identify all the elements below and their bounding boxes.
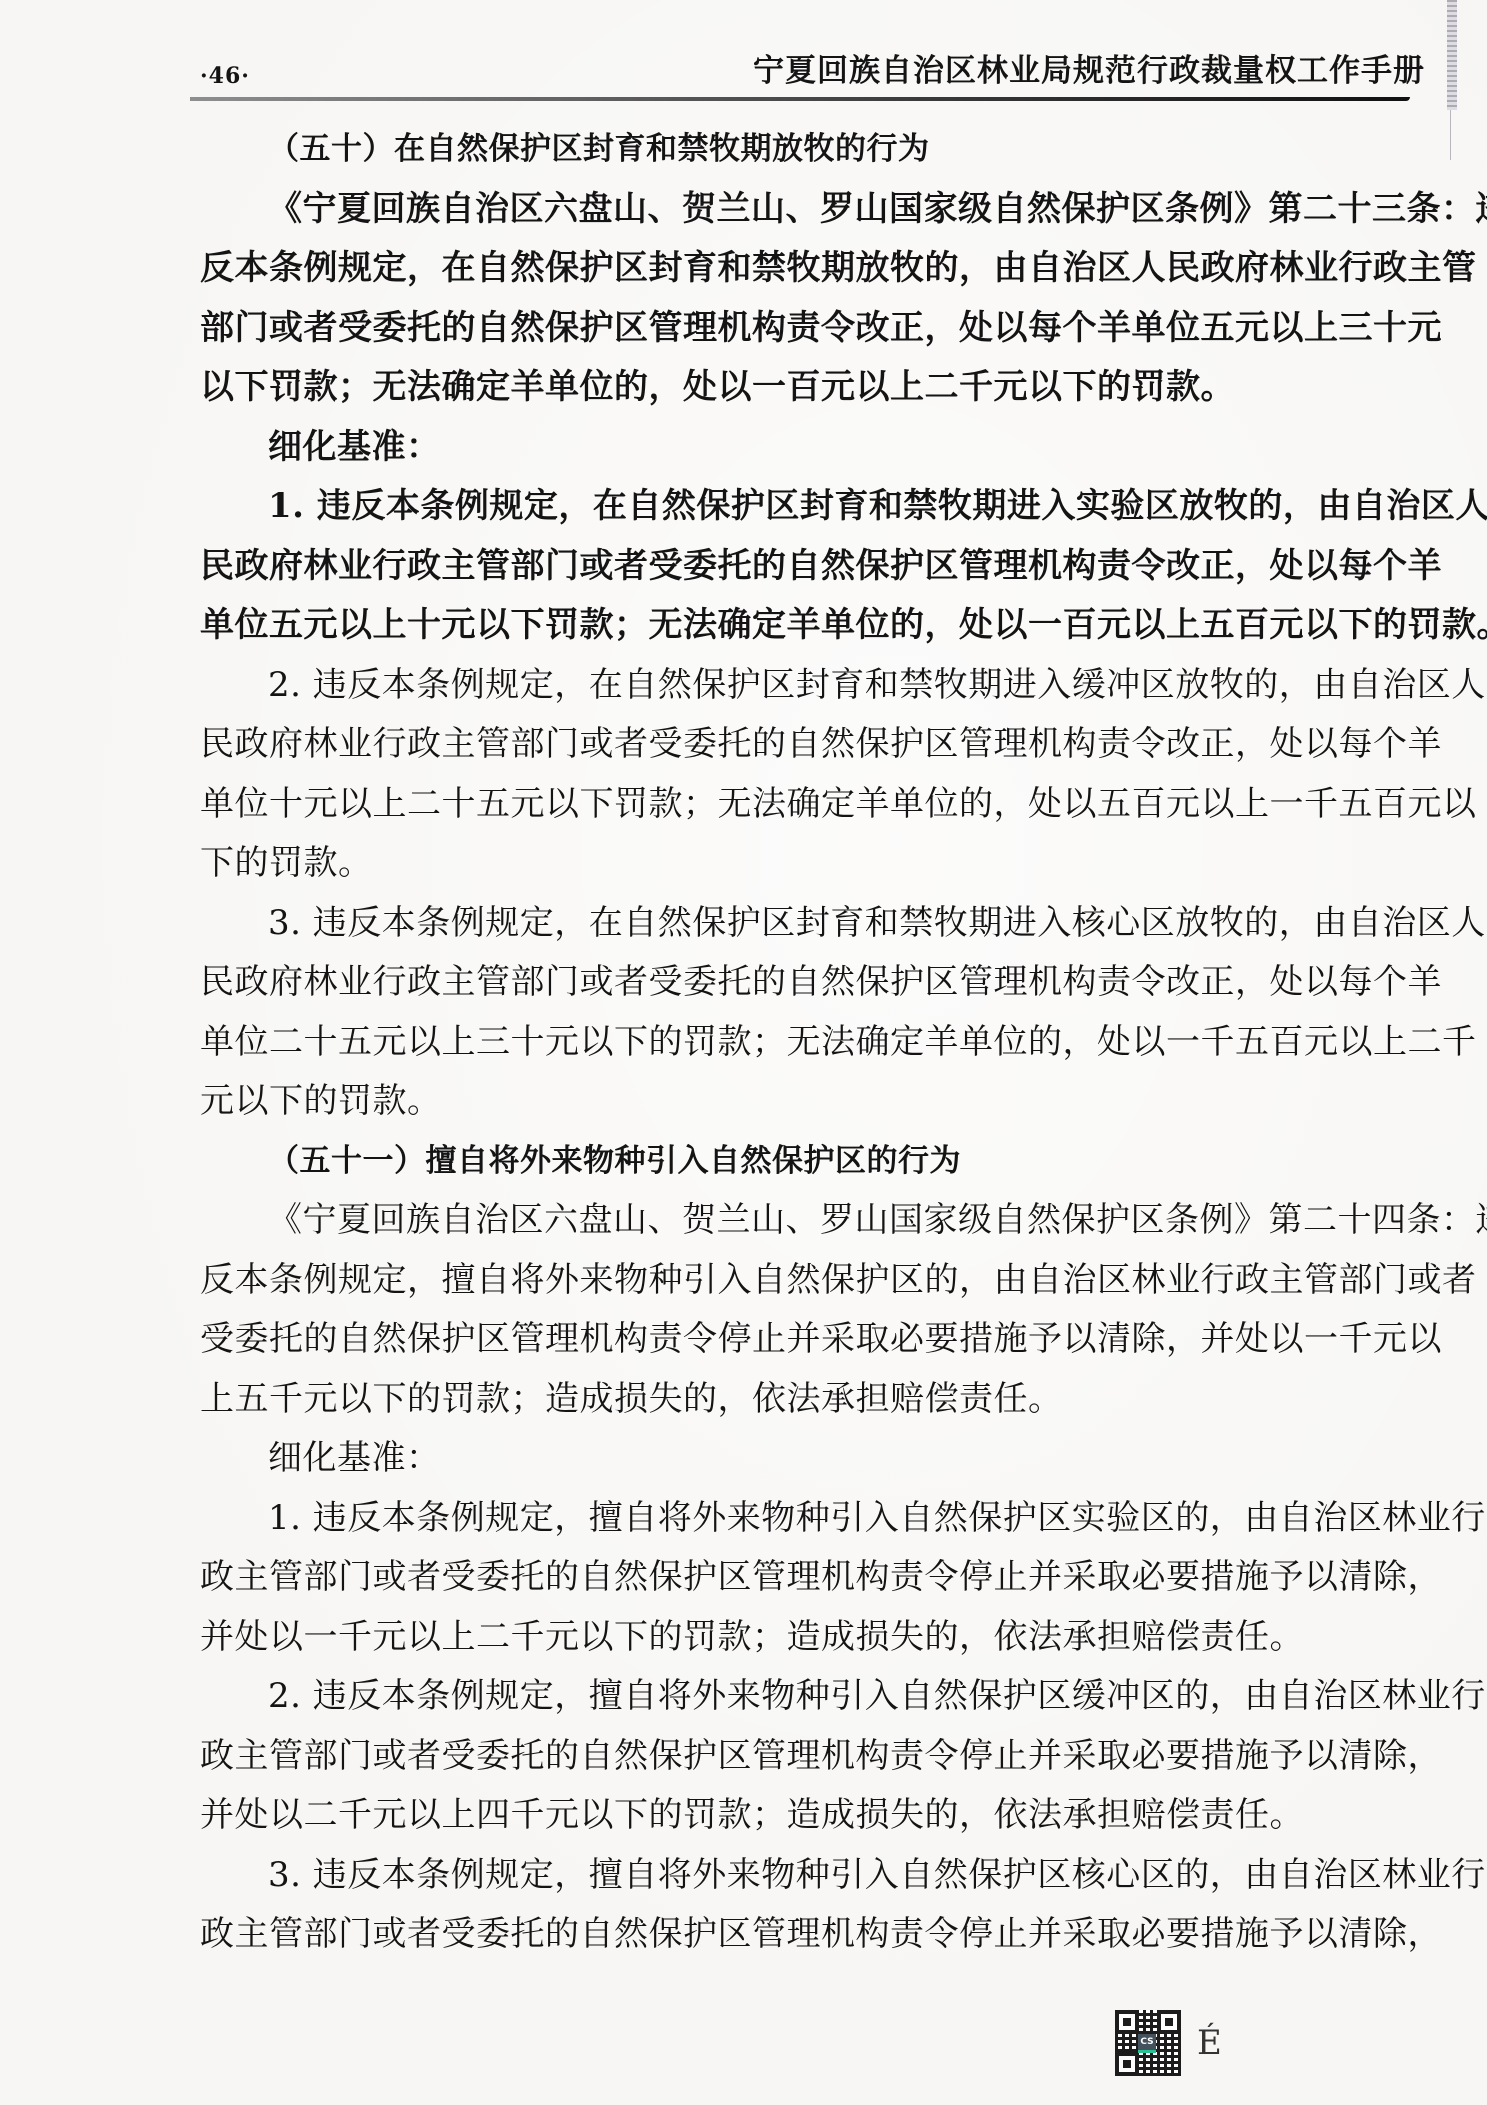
criteria-line: 2. 违反本条例规定，在自然保护区封育和禁牧期进入缓冲区放牧的，由自治区人 bbox=[200, 656, 1425, 716]
criteria-line: 元以下的罚款。 bbox=[200, 1072, 1425, 1132]
page-number: ·46· bbox=[200, 63, 250, 89]
criteria-item-2: 2. 违反本条例规定，擅自将外来物种引入自然保护区缓冲区的，由自治区林业行 政主… bbox=[200, 1667, 1425, 1846]
scanner-app-badge-icon: CS bbox=[1138, 2034, 1156, 2053]
criteria-label: 细化基准： bbox=[200, 418, 1425, 478]
criteria-line: 3. 违反本条例规定，在自然保护区封育和禁牧期进入核心区放牧的，由自治区人 bbox=[200, 894, 1425, 954]
qr-finder-pattern bbox=[1157, 2010, 1181, 2034]
criteria-item-2: 2. 违反本条例规定，在自然保护区封育和禁牧期进入缓冲区放牧的，由自治区人 民政… bbox=[200, 656, 1425, 894]
section-heading: （五十一）擅自将外来物种引入自然保护区的行为 bbox=[200, 1132, 1425, 1192]
criteria-line: 民政府林业行政主管部门或者受委托的自然保护区管理机构责令改正，处以每个羊 bbox=[200, 953, 1425, 1013]
section-heading: （五十）在自然保护区封育和禁牧期放牧的行为 bbox=[200, 120, 1425, 180]
qr-code-watermark: CS bbox=[1115, 2010, 1181, 2076]
criteria-item-1: 1. 违反本条例规定，擅自将外来物种引入自然保护区实验区的，由自治区林业行 政主… bbox=[200, 1489, 1425, 1668]
criteria-line: 单位十元以上二十五元以下罚款；无法确定羊单位的，处以五百元以上一千五百元以 bbox=[200, 775, 1425, 835]
criteria-line: 1. 违反本条例规定，擅自将外来物种引入自然保护区实验区的，由自治区林业行 bbox=[200, 1489, 1425, 1549]
legal-basis-line: 反本条例规定，在自然保护区封育和禁牧期放牧的，由自治区人民政府林业行政主管 bbox=[200, 239, 1425, 299]
criteria-item-3: 3. 违反本条例规定，擅自将外来物种引入自然保护区核心区的，由自治区林业行 政主… bbox=[200, 1846, 1425, 1965]
criteria-item-3: 3. 违反本条例规定，在自然保护区封育和禁牧期进入核心区放牧的，由自治区人 民政… bbox=[200, 894, 1425, 1132]
legal-basis: 《宁夏回族自治区六盘山、贺兰山、罗山国家级自然保护区条例》第二十三条：违 反本条… bbox=[200, 180, 1425, 656]
criteria-line: 政主管部门或者受委托的自然保护区管理机构责令停止并采取必要措施予以清除， bbox=[200, 1727, 1425, 1787]
legal-basis-line: 受委托的自然保护区管理机构责令停止并采取必要措施予以清除，并处以一千元以 bbox=[200, 1310, 1425, 1370]
legal-basis-line: 《宁夏回族自治区六盘山、贺兰山、罗山国家级自然保护区条例》第二十四条：违 bbox=[200, 1191, 1425, 1251]
qr-finder-pattern bbox=[1115, 2052, 1139, 2076]
legal-basis-line: 以下罚款；无法确定羊单位的，处以一百元以上二千元以下的罚款。 bbox=[200, 358, 1425, 418]
legal-basis-line: 部门或者受委托的自然保护区管理机构责令改正，处以每个羊单位五元以上三十元 bbox=[200, 299, 1425, 359]
criteria-line: 民政府林业行政主管部门或者受委托的自然保护区管理机构责令改正，处以每个羊 bbox=[200, 715, 1425, 775]
legal-basis-line: 上五千元以下的罚款；造成损失的，依法承担赔偿责任。 bbox=[200, 1370, 1425, 1430]
criteria-line: 政主管部门或者受委托的自然保护区管理机构责令停止并采取必要措施予以清除， bbox=[200, 1548, 1425, 1608]
header-rule bbox=[190, 97, 1410, 101]
criteria-line: 单位二十五元以上三十元以下的罚款；无法确定羊单位的，处以一千五百元以上二千 bbox=[200, 1013, 1425, 1073]
criteria-line: 下的罚款。 bbox=[200, 834, 1425, 894]
criteria-line: 单位五元以上十元以下罚款；无法确定羊单位的，处以一百元以上五百元以下的罚款。 bbox=[200, 596, 1425, 656]
qr-code-icon: CS bbox=[1115, 2010, 1181, 2076]
page-content: （五十）在自然保护区封育和禁牧期放牧的行为 《宁夏回族自治区六盘山、贺兰山、罗山… bbox=[200, 120, 1425, 1965]
scan-edge-line bbox=[1450, 110, 1451, 160]
criteria-line: 1. 违反本条例规定，在自然保护区封育和禁牧期进入实验区放牧的，由自治区人 bbox=[200, 477, 1425, 537]
qr-finder-pattern bbox=[1115, 2010, 1139, 2034]
criteria-line: 并处以一千元以上二千元以下的罚款；造成损失的，依法承担赔偿责任。 bbox=[200, 1608, 1425, 1668]
legal-basis-line: 《宁夏回族自治区六盘山、贺兰山、罗山国家级自然保护区条例》第二十三条：违 bbox=[200, 180, 1425, 240]
page-header: ·46· 宁夏回族自治区林业局规范行政裁量权工作手册 bbox=[200, 45, 1425, 95]
scan-edge-artifact bbox=[1447, 0, 1457, 110]
criteria-line: 并处以二千元以上四千元以下的罚款；造成损失的，依法承担赔偿责任。 bbox=[200, 1786, 1425, 1846]
criteria-line: 民政府林业行政主管部门或者受委托的自然保护区管理机构责令改正，处以每个羊 bbox=[200, 537, 1425, 597]
criteria-label: 细化基准： bbox=[200, 1429, 1425, 1489]
section-51: （五十一）擅自将外来物种引入自然保护区的行为 《宁夏回族自治区六盘山、贺兰山、罗… bbox=[200, 1132, 1425, 1965]
running-title: 宁夏回族自治区林业局规范行政裁量权工作手册 bbox=[753, 45, 1425, 90]
footer-glyph: É bbox=[1197, 2023, 1222, 2063]
section-50: （五十）在自然保护区封育和禁牧期放牧的行为 《宁夏回族自治区六盘山、贺兰山、罗山… bbox=[200, 120, 1425, 1132]
criteria-line: 2. 违反本条例规定，擅自将外来物种引入自然保护区缓冲区的，由自治区林业行 bbox=[200, 1667, 1425, 1727]
legal-basis: 《宁夏回族自治区六盘山、贺兰山、罗山国家级自然保护区条例》第二十四条：违 反本条… bbox=[200, 1191, 1425, 1429]
legal-basis-line: 反本条例规定，擅自将外来物种引入自然保护区的，由自治区林业行政主管部门或者 bbox=[200, 1251, 1425, 1311]
criteria-line: 政主管部门或者受委托的自然保护区管理机构责令停止并采取必要措施予以清除， bbox=[200, 1905, 1425, 1965]
criteria-line: 3. 违反本条例规定，擅自将外来物种引入自然保护区核心区的，由自治区林业行 bbox=[200, 1846, 1425, 1906]
